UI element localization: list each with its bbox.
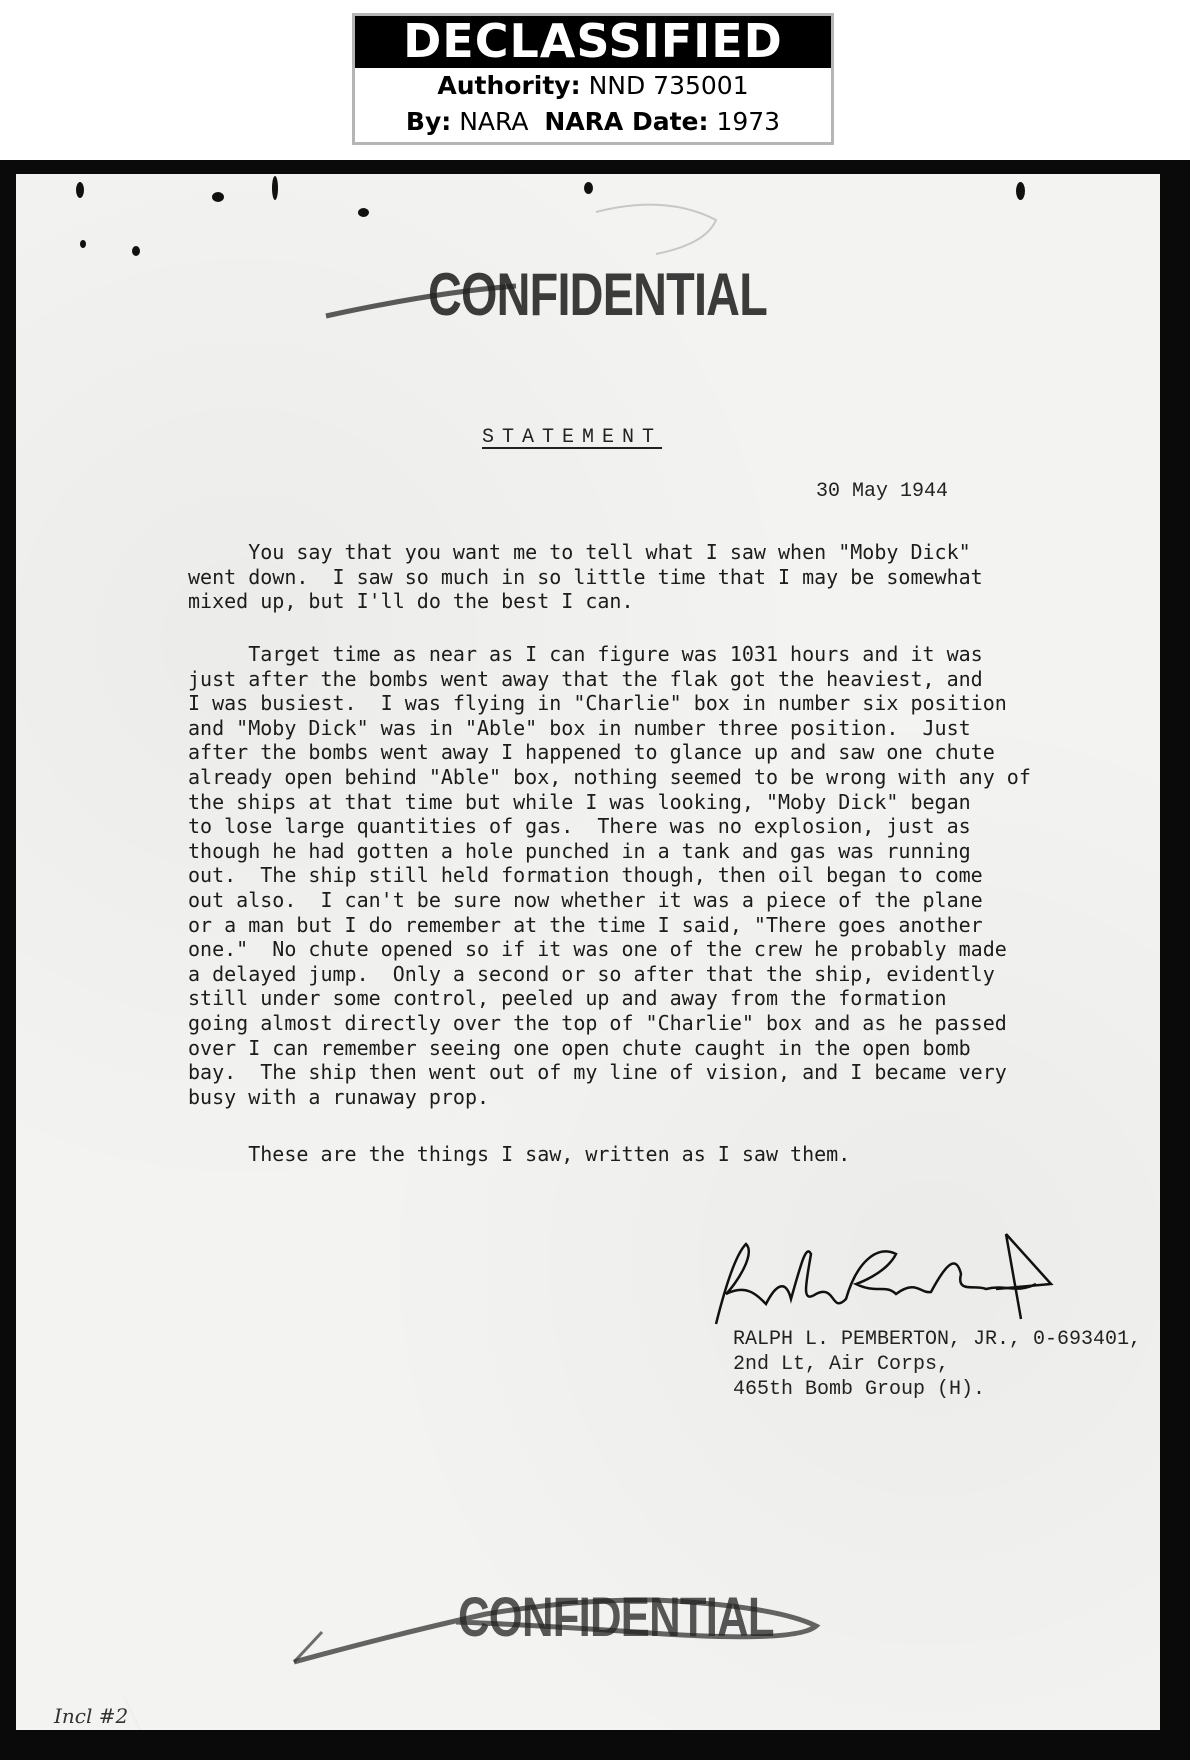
- handwritten-enclosure-note: Incl #2: [54, 1704, 128, 1728]
- paper-page: CONFIDENTIAL STATEMENT 30 May 1944 You s…: [16, 174, 1160, 1730]
- document-title: STATEMENT: [482, 426, 662, 449]
- confidential-stamp-bottom: CONFIDENTIAL: [458, 1584, 774, 1649]
- confidential-stamp-top: CONFIDENTIAL: [428, 260, 767, 329]
- nara-line: By: NARA NARA Date: 1973: [355, 104, 831, 140]
- declassified-title: DECLASSIFIED: [355, 16, 831, 68]
- signer-block: RALPH L. PEMBERTON, JR., 0-693401, 2nd L…: [733, 1327, 1141, 1402]
- signer-name-line: RALPH L. PEMBERTON, JR., 0-693401,: [733, 1328, 1141, 1351]
- declassified-banner: DECLASSIFIED Authority: NND 735001 By: N…: [352, 13, 834, 145]
- handwritten-signature: [706, 1224, 1086, 1344]
- signer-unit-line: 465th Bomb Group (H).: [733, 1378, 985, 1401]
- paragraph-1: You say that you want me to tell what I …: [188, 540, 1068, 614]
- authority-line: Authority: NND 735001: [355, 68, 831, 104]
- paragraph-3: These are the things I saw, written as I…: [188, 1142, 1068, 1167]
- signer-rank-line: 2nd Lt, Air Corps,: [733, 1353, 949, 1376]
- document-date: 30 May 1944: [816, 480, 948, 503]
- scanned-document: CONFIDENTIAL STATEMENT 30 May 1944 You s…: [0, 160, 1190, 1760]
- paragraph-2: Target time as near as I can figure was …: [188, 642, 1068, 1109]
